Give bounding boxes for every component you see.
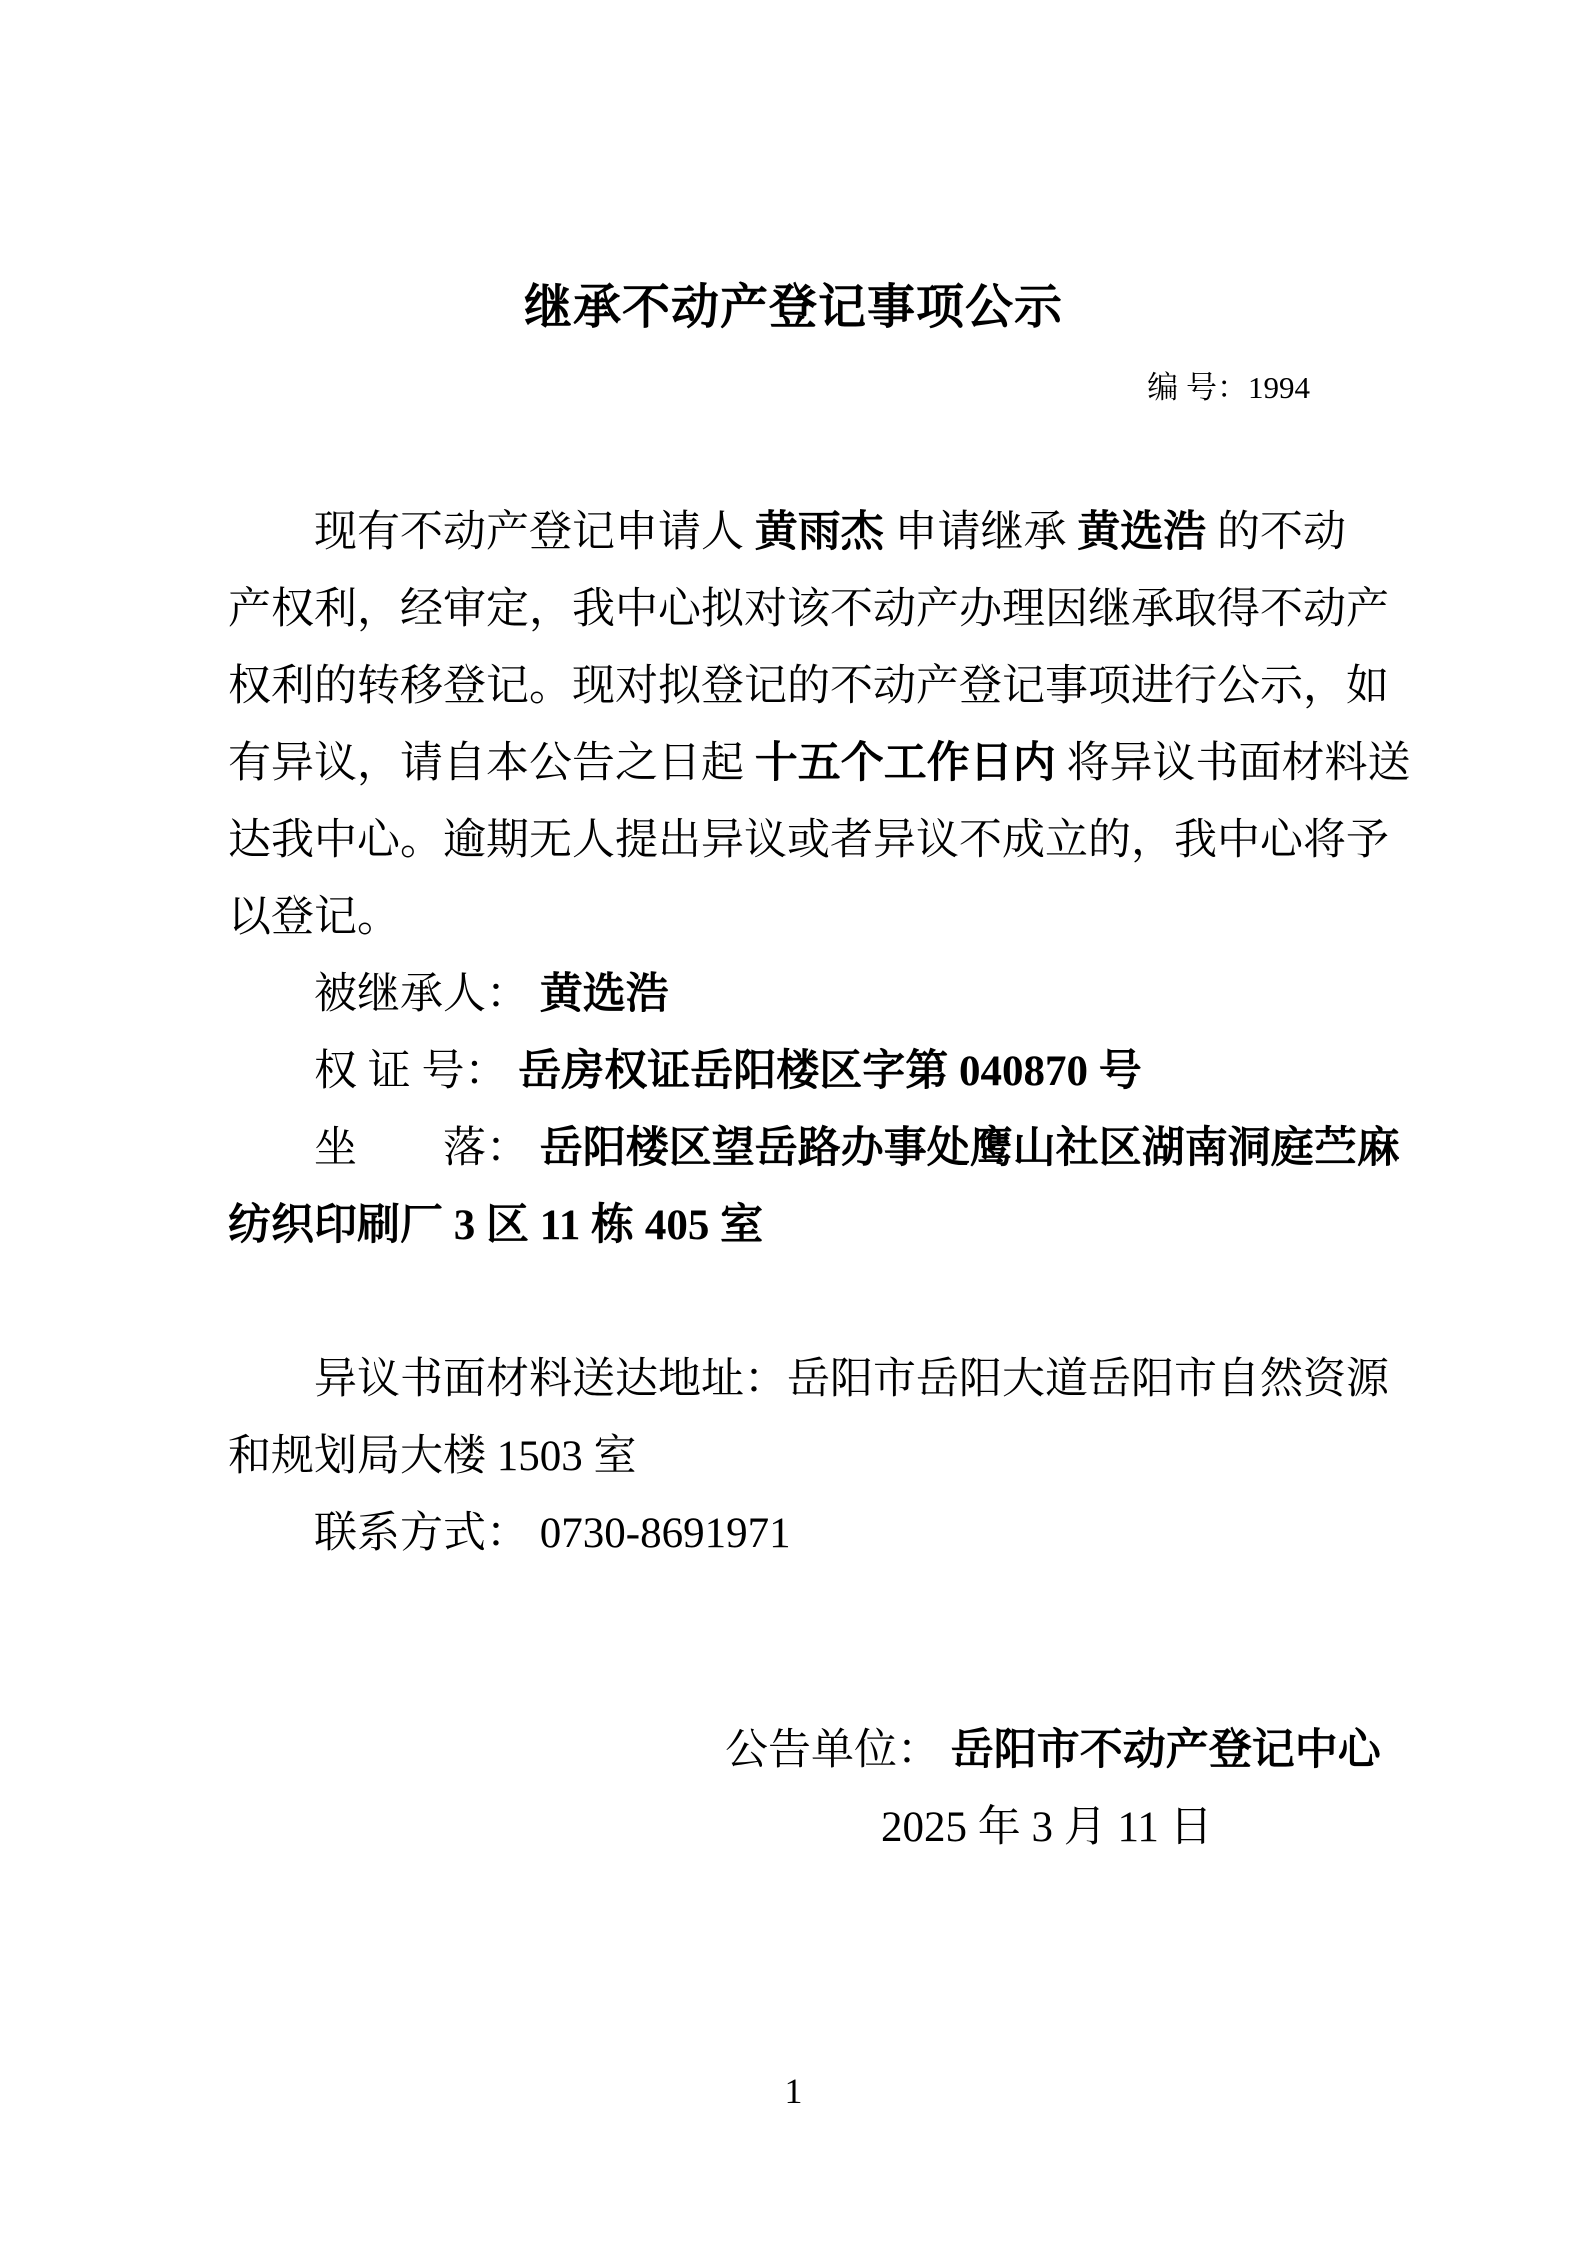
location-value-line-1: 岳阳楼区望岳路办事处鹰山社区湖南洞庭苎麻	[540, 1125, 1400, 1172]
field-label: 权 证 号：	[314, 1048, 508, 1095]
blank-line	[228, 1572, 1364, 1642]
paragraph-text: 的不动	[1217, 509, 1346, 556]
field-certificate: 权 证 号： 岳房权证岳阳楼区字第 040870 号	[228, 1033, 1364, 1110]
blank-line	[228, 1264, 1364, 1341]
decedent-name-inline: 黄选浩	[1077, 509, 1206, 556]
doc-number: 编 号：1994	[228, 368, 1364, 408]
objection-address-line-1: 异议书面材料送达地址：岳阳市岳阳大道岳阳市自然资源	[228, 1341, 1364, 1418]
notice-title: 继承不动产登记事项公示	[0, 278, 1587, 338]
field-decedent: 被继承人： 黄选浩	[228, 956, 1364, 1033]
document-page: 继承不动产登记事项公示 编 号：1994 现有不动产登记申请人 黄雨杰 申请继承…	[0, 0, 1587, 2245]
paragraph-line-4: 有异议，请自本公告之日起 十五个工作日内 将异议书面材料送	[228, 725, 1364, 802]
notice-date: 2025 年 3 月 11 日	[228, 1789, 1364, 1866]
paragraph-text: 将异议书面材料送	[1067, 740, 1411, 787]
field-label: 被继承人：	[314, 971, 529, 1018]
contact-line: 联系方式： 0730-8691971	[228, 1495, 1364, 1572]
decedent-value: 黄选浩	[540, 971, 669, 1018]
field-location: 坐 落： 岳阳楼区望岳路办事处鹰山社区湖南洞庭苎麻	[228, 1110, 1364, 1187]
issuer-label: 公告单位：	[725, 1727, 940, 1774]
deadline-text: 十五个工作日内	[755, 740, 1056, 787]
paragraph-text: 有异议，请自本公告之日起	[228, 740, 744, 787]
certificate-value: 岳房权证岳阳楼区字第 040870 号	[518, 1048, 1142, 1095]
applicant-name: 黄雨杰	[755, 509, 884, 556]
paragraph-line-6: 以登记。	[228, 879, 1364, 956]
location-value-line-2: 纺织印刷厂 3 区 11 栋 405 室	[228, 1187, 1364, 1264]
field-label: 坐 落：	[314, 1125, 529, 1172]
document-body: 现有不动产登记申请人 黄雨杰 申请继承 黄选浩 的不动 产权利，经审定，我中心拟…	[228, 494, 1364, 1866]
paragraph-line-2: 产权利，经审定，我中心拟对该不动产办理因继承取得不动产	[228, 571, 1364, 648]
paragraph-line-3: 权利的转移登记。现对拟登记的不动产登记事项进行公示，如	[228, 648, 1364, 725]
issuer-value: 岳阳市不动产登记中心	[951, 1727, 1381, 1774]
paragraph-text: 现有不动产登记申请人	[314, 509, 755, 556]
blank-line	[228, 1642, 1364, 1712]
issuer-line: 公告单位： 岳阳市不动产登记中心	[228, 1712, 1364, 1789]
paragraph-text: 申请继承	[895, 509, 1078, 556]
paragraph-line-5: 达我中心。逾期无人提出异议或者异议不成立的，我中心将予	[228, 802, 1364, 879]
paragraph-line-1: 现有不动产登记申请人 黄雨杰 申请继承 黄选浩 的不动	[228, 494, 1364, 571]
page-number: 1	[0, 2068, 1587, 2114]
objection-address-line-2: 和规划局大楼 1503 室	[228, 1418, 1364, 1495]
